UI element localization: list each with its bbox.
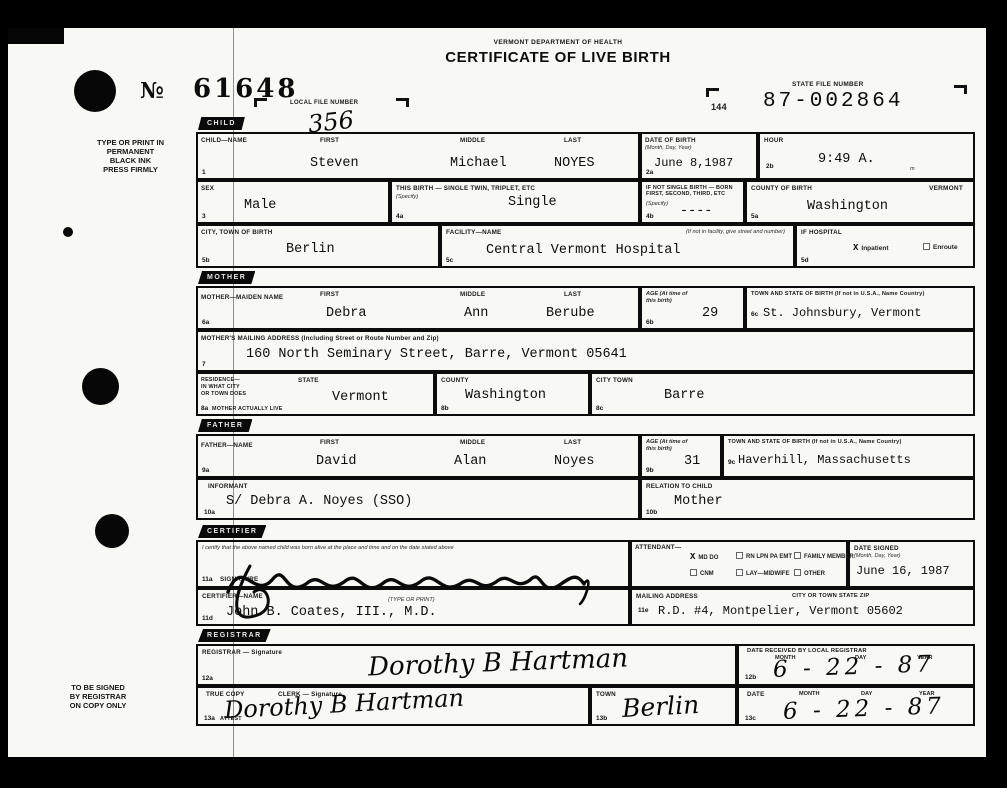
date-of-birth-value: June 8,1987 — [654, 156, 733, 170]
father-birthplace-value: Haverhill, Massachusetts — [738, 453, 911, 467]
attest-label: ATTEST — [220, 716, 242, 722]
margin-sign-note: TO BE SIGNED BY REGISTRAR ON COPY ONLY — [38, 683, 158, 710]
field-number: 5c — [446, 257, 453, 264]
field-number: 13b — [596, 715, 607, 722]
section-tab-mother: MOTHER — [198, 271, 255, 284]
date-received-field: DATE RECEIVED BY LOCAL REGISTRAR MONTH D… — [737, 644, 975, 686]
field-number: 2b — [766, 163, 774, 170]
field-label: COUNTY OF BIRTH — [751, 185, 812, 192]
field-label-line2: this birth) — [646, 298, 672, 304]
margin-sign-line: BY REGISTRAR — [38, 692, 158, 701]
field-number: 11d — [202, 615, 213, 622]
field-label-line2: this birth) — [646, 446, 672, 452]
margin-instruction-line: PERMANENT — [68, 147, 193, 156]
field-label: IN WHAT CITY — [201, 384, 240, 390]
column-label: LAST — [564, 291, 581, 298]
field-label: OR TOWN DOES — [201, 391, 246, 397]
field-label-bottom: MOTHER ACTUALLY LIVE — [212, 406, 283, 412]
field-number: 3 — [202, 213, 206, 220]
department-name: VERMONT DEPARTMENT OF HEALTH — [388, 39, 728, 46]
county-of-birth-value: Washington — [807, 199, 888, 214]
field-number: 7 — [202, 361, 206, 368]
certification-statement: I certify that the above named child was… — [202, 545, 532, 551]
margin-sign-line: TO BE SIGNED — [38, 683, 158, 692]
field-label: CHILD—NAME — [201, 137, 247, 144]
certificate-title: CERTIFICATE OF LIVE BIRTH — [358, 49, 758, 66]
field-number: 9a — [202, 467, 209, 474]
field-label: MOTHER'S MAILING ADDRESS (Including Stre… — [201, 335, 439, 342]
city-of-birth-field: CITY, TOWN OF BIRTH Berlin 5b — [196, 224, 440, 268]
punch-hole — [74, 70, 116, 112]
certifier-mailing-value: R.D. #4, Montpelier, Vermont 05602 — [658, 604, 903, 618]
inpatient-label: Inpatient — [861, 245, 888, 252]
field-label: DATE — [747, 691, 764, 698]
checkbox-icon — [690, 569, 697, 576]
field-label: CITY TOWN — [596, 377, 633, 384]
field-number: 10b — [646, 509, 657, 516]
certifier-signature-field: I certify that the above named child was… — [196, 540, 630, 588]
column-label: MIDDLE — [460, 439, 485, 446]
residence-county-field: COUNTY Washington 8b — [435, 372, 590, 416]
residence-city-field: CITY TOWN Barre 8c — [590, 372, 975, 416]
field-number: 9c — [728, 459, 735, 466]
field-number: 12b — [745, 674, 756, 681]
field-number: 8b — [441, 405, 449, 412]
facility-value: Central Vermont Hospital — [486, 243, 680, 258]
scan-artifact — [8, 28, 64, 44]
state-header-label: VERMONT — [929, 185, 963, 192]
attendant-option-rn: RN LPN PA EMT — [736, 552, 792, 560]
section-tab-father: FATHER — [198, 419, 252, 432]
inpatient-option: XInpatient — [853, 243, 889, 253]
field-number: 4a — [396, 213, 403, 220]
checkbox-icon — [794, 569, 801, 576]
field-label: MOTHER—MAIDEN NAME — [201, 294, 283, 301]
field-number: 2a — [646, 169, 653, 176]
section-tab-certifier: CERTIFIER — [198, 525, 266, 538]
mother-name-field: MOTHER—MAIDEN NAME FIRST MIDDLE LAST Deb… — [196, 286, 640, 330]
city-of-birth-value: Berlin — [286, 242, 335, 257]
father-first-name: David — [316, 454, 357, 469]
field-label: AGE (At time of — [646, 291, 687, 297]
mother-age-value: 29 — [702, 306, 718, 321]
column-label: LAST — [564, 439, 581, 446]
attest-date-field: DATE MONTH DAY YEAR 6 - 22 - 87 13c — [737, 686, 975, 726]
checked-x-mark: X — [690, 552, 695, 562]
field-sublabel: (If not in facility, give street and num… — [686, 229, 785, 235]
attendant-option-cnm: CNM — [690, 569, 714, 577]
column-label: MIDDLE — [460, 137, 485, 144]
hour-value: 9:49 A. — [818, 152, 875, 167]
field-label: RELATION TO CHILD — [646, 483, 712, 490]
field-label: THIS BIRTH — SINGLE TWIN, TRIPLET, ETC — [396, 185, 535, 192]
plurality-field: THIS BIRTH — SINGLE TWIN, TRIPLET, ETC (… — [390, 180, 640, 224]
mother-mailing-address-value: 160 North Seminary Street, Barre, Vermon… — [246, 347, 627, 362]
town-field: TOWN Berlin 13b — [590, 686, 737, 726]
attendant-option-label: CNM — [700, 571, 714, 577]
margin-instructions: TYPE OR PRINT IN PERMANENT BLACK INK PRE… — [68, 138, 193, 174]
section-tab-child: CHILD — [198, 117, 245, 130]
field-label: DATE RECEIVED BY LOCAL REGISTRAR — [747, 648, 867, 654]
enroute-label: Enroute — [933, 244, 958, 251]
attendant-option-family: FAMILY MEMBER — [794, 552, 854, 560]
attendant-option-midwife: LAY—MIDWIFE — [736, 569, 789, 577]
page-mark-144: 144 — [711, 102, 727, 112]
clerk-signature-handwritten: Dorothy B Hartman — [223, 684, 464, 725]
field-number: 13a — [204, 715, 215, 722]
signature-label: SIGNATURE — [220, 576, 258, 583]
attest-date-handwritten: 6 - 22 - 87 — [783, 693, 946, 725]
sex-value: Male — [244, 198, 276, 213]
plurality-value: Single — [508, 195, 557, 210]
crop-mark-icon — [706, 88, 719, 97]
field-number: 12a — [202, 675, 213, 682]
field-label: ATTENDANT— — [635, 544, 681, 551]
field-number: 1 — [202, 169, 206, 176]
field-label: IF HOSPITAL — [801, 229, 842, 236]
section-tab-registrar: REGISTRAR — [198, 629, 271, 642]
field-number: 6b — [646, 319, 654, 326]
serial-number: 61648 — [193, 74, 298, 104]
field-label: AGE (At time of — [646, 439, 687, 445]
town-handwritten: Berlin — [621, 690, 700, 723]
attendant-field: ATTENDANT— XMD DO RN LPN PA EMT FAMILY M… — [630, 540, 848, 588]
checkbox-icon — [736, 569, 743, 576]
punch-dot — [63, 227, 73, 237]
child-name-field: CHILD—NAME FIRST MIDDLE LAST Steven Mich… — [196, 132, 640, 180]
mother-birthplace-field: TOWN AND STATE OF BIRTH (If not in U.S.A… — [745, 286, 975, 330]
field-label: CITY, TOWN OF BIRTH — [201, 229, 273, 236]
field-label: TOWN AND STATE OF BIRTH (If not in U.S.A… — [728, 439, 973, 445]
mother-age-field: AGE (At time of this birth) 29 6b — [640, 286, 745, 330]
father-birthplace-field: TOWN AND STATE OF BIRTH (If not in U.S.A… — [722, 434, 975, 478]
attendant-option-label: MD DO — [698, 555, 718, 561]
field-label: DATE OF BIRTH — [645, 137, 696, 144]
field-number: 8c — [596, 405, 603, 412]
field-label: FATHER—NAME — [201, 442, 253, 449]
attendant-option-md-do: XMD DO — [690, 552, 718, 562]
column-label: FIRST — [320, 137, 339, 144]
checkbox-icon — [736, 552, 743, 559]
field-sublabel: (Month, Day, Year) — [645, 145, 691, 151]
field-label: HOUR — [764, 137, 783, 144]
field-number: 13c — [745, 715, 756, 722]
field-sublabel: (Specify) — [646, 201, 668, 207]
field-label: TOWN — [596, 691, 616, 698]
field-number: 11e — [638, 607, 649, 614]
relation-to-child-value: Mother — [674, 494, 723, 509]
attendant-option-other: OTHER — [794, 569, 825, 577]
attendant-option-label: FAMILY MEMBER — [804, 554, 854, 560]
hour-suffix: m — [910, 166, 915, 172]
date-received-handwritten: 6 - 22 - 87 — [773, 651, 936, 683]
county-of-birth-field: COUNTY OF BIRTH VERMONT Washington 5a — [745, 180, 975, 224]
attendant-option-label: LAY—MIDWIFE — [746, 571, 789, 577]
field-sublabel: (Month, Day, Year) — [854, 553, 900, 559]
mother-mailing-address-field: MOTHER'S MAILING ADDRESS (Including Stre… — [196, 330, 975, 372]
state-column-label: STATE — [298, 377, 319, 384]
certificate-paper: TYPE OR PRINT IN PERMANENT BLACK INK PRE… — [8, 28, 986, 757]
residence-county-value: Washington — [465, 388, 546, 403]
informant-value: S/ Debra A. Noyes (SSO) — [226, 494, 412, 509]
field-number: 9b — [646, 467, 654, 474]
margin-instruction-line: BLACK INK — [68, 156, 193, 165]
mother-last-name: Berube — [546, 306, 595, 321]
field-number: 4b — [646, 213, 654, 220]
field-label: TOWN AND STATE OF BIRTH (If not in U.S.A… — [751, 291, 971, 297]
father-age-field: AGE (At time of this birth) 31 9b — [640, 434, 722, 478]
registrar-signature-handwritten: Dorothy B Hartman — [368, 643, 629, 682]
column-label: FIRST — [320, 291, 339, 298]
birth-order-value: ---- — [680, 204, 712, 219]
attendant-option-label: RN LPN PA EMT — [746, 554, 792, 560]
field-sublabel: (TYPE OR PRINT) — [388, 597, 435, 603]
field-number: 5a — [751, 213, 758, 220]
field-label: REGISTRAR — Signature — [202, 649, 282, 656]
field-number: 11a — [202, 576, 213, 583]
punch-hole — [95, 514, 129, 548]
field-number: 10a — [204, 509, 215, 516]
residence-state-value: Vermont — [332, 390, 389, 405]
hour-field: HOUR 9:49 A. m 2b — [758, 132, 975, 180]
crop-mark-icon — [954, 85, 967, 94]
field-label: COUNTY — [441, 377, 469, 384]
field-label: MAILING ADDRESS — [636, 593, 698, 600]
date-of-birth-field: DATE OF BIRTH (Month, Day, Year) June 8,… — [640, 132, 758, 180]
serial-no-sign: № — [140, 78, 164, 104]
father-name-field: FATHER—NAME FIRST MIDDLE LAST David Alan… — [196, 434, 640, 478]
certifier-mailing-field: MAILING ADDRESS CITY OR TOWN STATE ZIP 1… — [630, 588, 975, 626]
father-last-name: Noyes — [554, 454, 595, 469]
registrar-signature-field: REGISTRAR — Signature Dorothy B Hartman … — [196, 644, 737, 686]
margin-sign-line: ON COPY ONLY — [38, 701, 158, 710]
mother-birthplace-value: St. Johnsbury, Vermont — [763, 306, 921, 320]
month-column-label: MONTH — [799, 691, 820, 697]
column-label: LAST — [564, 137, 581, 144]
child-middle-name: Michael — [450, 156, 507, 171]
facility-field: FACILITY—NAME (If not in facility, give … — [440, 224, 795, 268]
field-label: IF NOT SINGLE BIRTH — BORN FIRST, SECOND… — [646, 185, 741, 197]
birth-order-field: IF NOT SINGLE BIRTH — BORN FIRST, SECOND… — [640, 180, 745, 224]
column-label: MIDDLE — [460, 291, 485, 298]
sex-field: SEX Male 3 — [196, 180, 390, 224]
field-label: CERTIFIER—NAME — [202, 593, 263, 600]
field-label: SEX — [201, 185, 214, 192]
margin-instruction-line: PRESS FIRMLY — [68, 165, 193, 174]
attendant-option-label: OTHER — [804, 571, 825, 577]
mother-first-name: Debra — [326, 306, 367, 321]
checkbox-icon — [923, 243, 930, 250]
mother-middle-name: Ann — [464, 306, 488, 321]
if-hospital-field: IF HOSPITAL XInpatient Enroute 5d — [795, 224, 975, 268]
certifier-name-value: John B. Coates, III., M.D. — [226, 605, 437, 620]
checkbox-icon — [794, 552, 801, 559]
crop-mark-icon — [396, 98, 409, 107]
father-age-value: 31 — [684, 454, 700, 469]
field-sublabel: (Specify) — [396, 194, 418, 200]
child-last-name: NOYES — [554, 156, 595, 171]
child-first-name: Steven — [310, 156, 359, 171]
state-file-label: STATE FILE NUMBER — [792, 81, 864, 88]
field-number: 5b — [202, 257, 210, 264]
father-middle-name: Alan — [454, 454, 486, 469]
field-label: DATE SIGNED — [854, 545, 899, 552]
field-sublabel: CITY OR TOWN STATE ZIP — [792, 593, 869, 599]
residence-city-value: Barre — [664, 388, 705, 403]
relation-to-child-field: RELATION TO CHILD Mother 10b — [640, 478, 975, 520]
state-file-number: 87-002864 — [763, 90, 903, 113]
field-number: 8a — [201, 405, 208, 412]
column-label: FIRST — [320, 439, 339, 446]
checked-x-mark: X — [853, 243, 858, 253]
field-number: 6c — [751, 311, 758, 318]
field-label: RESIDENCE— — [201, 377, 240, 383]
informant-field: INFORMANT S/ Debra A. Noyes (SSO) 10a — [196, 478, 640, 520]
field-number: 6a — [202, 319, 209, 326]
residence-state-field: RESIDENCE— IN WHAT CITY OR TOWN DOES 8a … — [196, 372, 435, 416]
field-label: INFORMANT — [208, 483, 248, 490]
margin-instruction-line: TYPE OR PRINT IN — [68, 138, 193, 147]
certifier-name-field: CERTIFIER—NAME (TYPE OR PRINT) John B. C… — [196, 588, 630, 626]
field-number: 5d — [801, 257, 809, 264]
enroute-option: Enroute — [923, 243, 958, 251]
date-signed-value: June 16, 1987 — [856, 564, 950, 578]
field-label: FACILITY—NAME — [446, 229, 501, 236]
date-signed-field: DATE SIGNED (Month, Day, Year) June 16, … — [848, 540, 975, 588]
crop-mark-icon — [254, 98, 267, 107]
punch-hole — [82, 368, 119, 405]
true-copy-clerk-field: TRUE COPY CLERK — Signature Dorothy B Ha… — [196, 686, 590, 726]
